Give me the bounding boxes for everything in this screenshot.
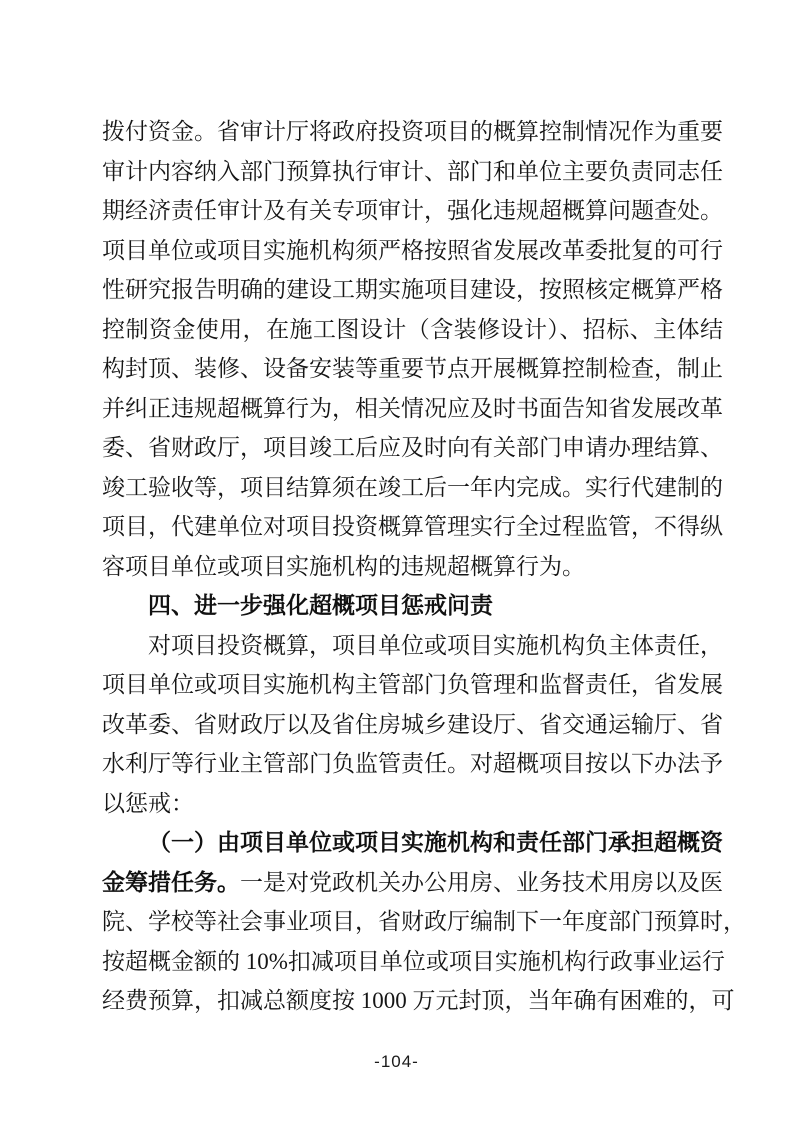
paragraph-line: 性研究报告明确的建设工期实施项目建设，按照核定概算严格 <box>102 270 723 310</box>
paragraph-line: 委、省财政厅，项目竣工后应及时向有关部门申请办理结算、 <box>102 428 723 468</box>
paragraph-line: 改革委、省财政厅以及省住房城乡建设厅、省交通运输厅、省 <box>102 705 723 745</box>
paragraph-line: 对项目投资概算，项目单位或项目实施机构负主体责任， <box>102 626 723 666</box>
paragraph-line: 按超概金额的 10%扣减项目单位或项目实施机构行政事业运行 <box>102 942 723 982</box>
text-run: 一是对党政机关办公用房、业务技术用房以及医 <box>240 870 723 895</box>
paragraph-line: 控制资金使用，在施工图设计（含装修设计）、招标、主体结 <box>102 310 723 350</box>
paragraph-line: 水利厅等行业主管部门负监管责任。对超概项目按以下办法予 <box>102 744 723 784</box>
page-number: -104- <box>0 1052 793 1072</box>
paragraph-line: 经费预算，扣减总额度按 1000 万元封顶，当年确有困难的，可 <box>102 981 723 1021</box>
paragraph-line: 拨付资金。省审计厅将政府投资项目的概算控制情况作为重要 <box>102 112 723 152</box>
document-page: 拨付资金。省审计厅将政府投资项目的概算控制情况作为重要 审计内容纳入部门预算执行… <box>0 0 793 1122</box>
paragraph-line: 构封顶、装修、设备安装等重要节点开展概算控制检查，制止 <box>102 349 723 389</box>
paragraph-line: 项目单位或项目实施机构主管部门负管理和监督责任，省发展 <box>102 665 723 705</box>
paragraph-line: 竣工验收等，项目结算须在竣工后一年内完成。实行代建制的 <box>102 468 723 508</box>
paragraph-line: 金筹措任务。一是对党政机关办公用房、业务技术用房以及医 <box>102 863 723 903</box>
paragraph-line: 审计内容纳入部门预算执行审计、部门和单位主要负责同志任 <box>102 152 723 192</box>
bold-run: 金筹措任务。 <box>102 870 240 895</box>
paragraph-line: 院、学校等社会事业项目，省财政厅编制下一年度部门预算时， <box>102 902 723 942</box>
paragraph-line: 项目，代建单位对项目投资概算管理实行全过程监管，不得纵 <box>102 507 723 547</box>
document-body: 拨付资金。省审计厅将政府投资项目的概算控制情况作为重要 审计内容纳入部门预算执行… <box>102 112 723 1021</box>
list-item-heading-line: （一）由项目单位或项目实施机构和责任部门承担超概资 <box>102 823 723 863</box>
paragraph-line: 容项目单位或项目实施机构的违规超概算行为。 <box>102 547 723 587</box>
paragraph-line: 项目单位或项目实施机构须严格按照省发展改革委批复的可行 <box>102 231 723 271</box>
paragraph-line: 期经济责任审计及有关专项审计，强化违规超概算问题查处。 <box>102 191 723 231</box>
paragraph-line: 以惩戒： <box>102 784 723 824</box>
section-heading: 四、进一步强化超概项目惩戒问责 <box>102 586 723 626</box>
paragraph-line: 并纠正违规超概算行为，相关情况应及时书面告知省发展改革 <box>102 389 723 429</box>
